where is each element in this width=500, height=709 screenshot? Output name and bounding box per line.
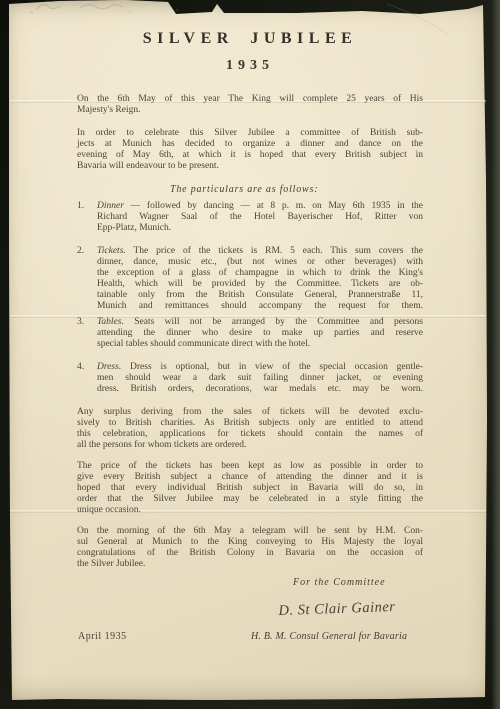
- text-line: sively to British charities. As British …: [77, 418, 423, 429]
- text-line: Majesty's Reign.: [77, 105, 423, 116]
- item-lead: Dress.: [97, 362, 121, 372]
- item-number: 1.: [77, 201, 84, 212]
- text-line: the exception of a glass of champagne in…: [97, 268, 423, 279]
- item-number: 3.: [77, 317, 84, 328]
- text-line: congratulations of the British Colony in…: [77, 548, 423, 559]
- intro-paragraph-2: In order to celebrate this Silver Jubile…: [77, 128, 423, 172]
- numbered-item-tables: 3. Tables. Seats will not be arranged by…: [77, 317, 423, 350]
- text-line: Dress. Dress is optional, but in view of…: [97, 362, 423, 373]
- item-lead: Tickets.: [97, 246, 126, 256]
- numbered-item-dress: 4. Dress. Dress is optional, but in view…: [77, 362, 423, 395]
- numbered-item-dinner: 1. Dinner — followed by dancing — at 8 p…: [77, 201, 423, 234]
- document-year: 1935: [77, 58, 423, 74]
- document-title: SILVER JUBILEE: [77, 30, 423, 48]
- text-line: attending the dinner who desire to make …: [97, 328, 423, 339]
- text-line: give every British subject a chance of a…: [77, 472, 423, 483]
- text-line: tainable only from the British Consulate…: [97, 290, 423, 301]
- text-line: order that the Silver Jubilee may be cel…: [77, 494, 423, 505]
- item-number: 2.: [77, 246, 84, 257]
- item-lead: Dinner: [97, 201, 124, 211]
- text-line: Bavaria will endeavour to be present.: [77, 161, 423, 172]
- text-line: sul General at Munich to the King convey…: [77, 537, 423, 548]
- item-lead: Tables.: [97, 317, 124, 327]
- text-line: jects at Munich has decided to organize …: [77, 139, 423, 150]
- text-line: all the persons for whom tickets are ord…: [77, 440, 423, 451]
- text-line: Munich and remittances should accompany …: [97, 301, 423, 312]
- text-line: On the 6th May of this year The King wil…: [77, 94, 423, 105]
- closing-paragraph-telegram: On the morning of the 6th May a telegram…: [77, 526, 423, 570]
- item-number: 4.: [77, 362, 84, 373]
- text-line: the Silver Jubilee.: [77, 559, 423, 570]
- text-line: Dinner — followed by dancing — at 8 p. m…: [97, 201, 423, 212]
- signature: D. St Clair Gainer: [262, 598, 413, 620]
- text-line-rest: — followed by dancing — at 8 p. m. on Ma…: [124, 201, 423, 211]
- text-line: On the morning of the 6th May a telegram…: [77, 526, 423, 537]
- text-line: Richard Wagner Saal of the Hotel Bayeris…: [97, 212, 423, 223]
- text-line: Any surplus deriving from the sales of t…: [77, 407, 423, 418]
- signatory-title: H. B. M. Consul General for Bavaria: [251, 631, 407, 642]
- particulars-heading: The particulars are as follows:: [170, 184, 318, 195]
- text-line-rest: Seats will not be arranged by the Commit…: [124, 317, 423, 327]
- closing-paragraph-price: The price of the tickets has been kept a…: [77, 461, 423, 516]
- text-line: unique occasion.: [77, 505, 423, 516]
- text-line: hoped that every individual British subj…: [77, 483, 423, 494]
- text-line: evening of May 6th, at which it is hoped…: [77, 150, 423, 161]
- text-line: men should wear a dark suit failing dinn…: [97, 373, 423, 384]
- text-line: The price of the tickets has been kept a…: [77, 461, 423, 472]
- document-content: SILVER JUBILEE 1935 On the 6th May of th…: [0, 0, 500, 709]
- text-line: Health, which will be provided by the Co…: [97, 279, 423, 290]
- text-line: dinner, dance, music etc., (but not wine…: [97, 257, 423, 268]
- text-line: this celebration, applications for ticke…: [77, 429, 423, 440]
- text-line: Epp-Platz, Munich.: [97, 223, 423, 234]
- text-line-rest: Dress is optional, but in view of the sp…: [121, 362, 423, 372]
- text-line: In order to celebrate this Silver Jubile…: [77, 128, 423, 139]
- intro-paragraph-1: On the 6th May of this year The King wil…: [77, 94, 423, 116]
- numbered-item-tickets: 2. Tickets. The price of the tickets is …: [77, 246, 423, 312]
- text-line: dress. British orders, decorations, war …: [97, 384, 423, 395]
- closing-paragraph-surplus: Any surplus deriving from the sales of t…: [77, 407, 423, 451]
- document-date: April 1935: [78, 631, 127, 642]
- scanned-document-view: SILVER JUBILEE 1935 On the 6th May of th…: [0, 0, 500, 709]
- text-line: Tables. Seats will not be arranged by th…: [97, 317, 423, 328]
- text-line: special tables should communicate direct…: [97, 339, 423, 350]
- text-line: Tickets. The price of the tickets is RM.…: [97, 246, 423, 257]
- for-the-committee-line: For the Committee: [293, 577, 386, 588]
- text-line-rest: The price of the tickets is RM. 5 each. …: [126, 246, 423, 256]
